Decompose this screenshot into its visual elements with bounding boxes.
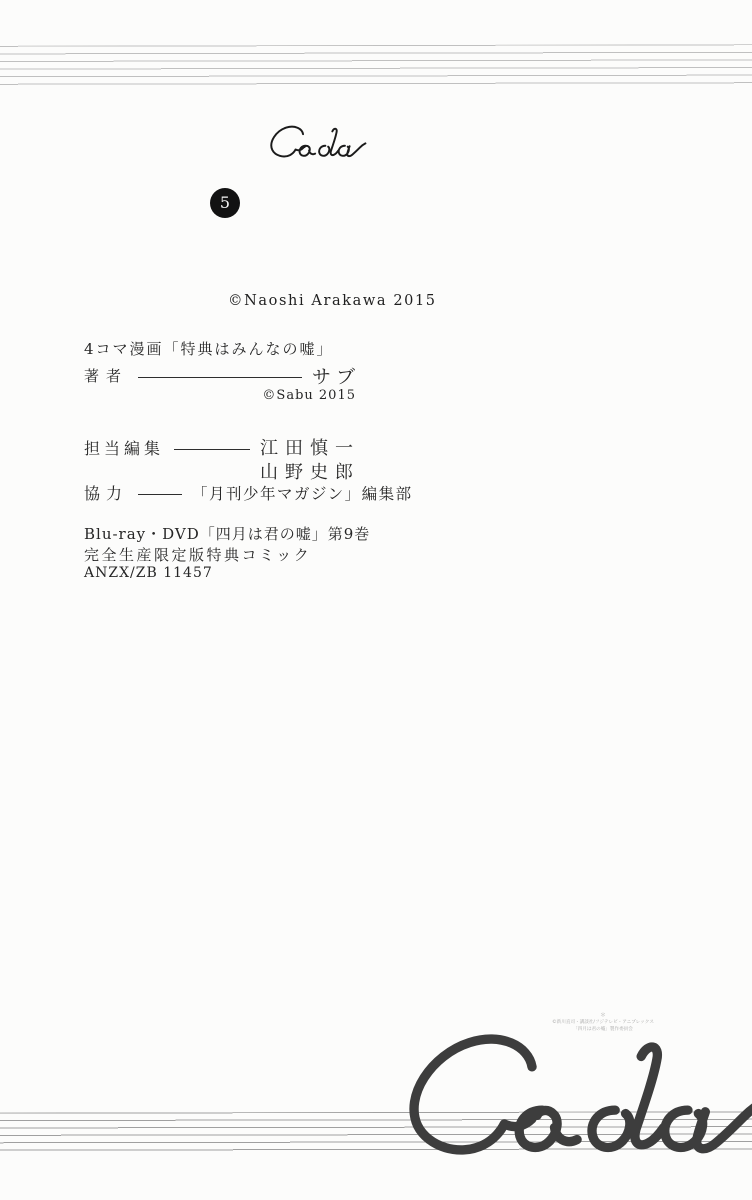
coda-script-icon (263, 121, 371, 164)
author-name: サブ (312, 362, 360, 389)
editor-name-1: 江田慎一 (260, 434, 360, 460)
cooperation-rule (138, 494, 182, 495)
fine-print-mark: ＊ (538, 1012, 668, 1019)
fine-print-line-2: 「四月は君の嘘」製作委員会 (538, 1026, 668, 1033)
editor-label: 担当編集 (84, 436, 164, 459)
author-rule (138, 377, 302, 378)
coda-footer-script (383, 1018, 752, 1178)
cooperation-name: 「月刊少年マガジン」編集部 (192, 482, 413, 504)
work-title-line: 4コマ漫画「特典はみんなの嘘」 (84, 338, 360, 359)
product-line-1: Blu-ray・DVD「四月は君の嘘」第9巻 (84, 523, 360, 544)
coda-script-icon-large (383, 1018, 752, 1178)
cooperation-row: 協力 「月刊少年マガジン」編集部 (84, 481, 360, 504)
artist-copyright: ©Naoshi Arakawa 2015 (228, 293, 437, 309)
catalog-code: ANZX/ZB 11457 (84, 565, 360, 581)
cooperation-label: 協力 (84, 481, 128, 504)
coda-title-script (263, 121, 371, 164)
volume-number: 5 (220, 195, 230, 211)
author-copyright: ©Sabu 2015 (84, 388, 360, 403)
fine-print: ＊ ©新川直司・講談社/フジテレビ・アニプレックス 「四月は君の嘘」製作委員会 (538, 1012, 668, 1033)
author-row: 著者 サブ (84, 362, 360, 389)
product-line-2: 完全生産限定版特典コミック (84, 544, 360, 565)
staff-lines-top (0, 44, 752, 86)
editor-rule (174, 449, 250, 450)
editor-row: 担当編集 江田慎一 (84, 434, 360, 460)
author-label: 著者 (84, 365, 128, 386)
fine-print-line-1: ©新川直司・講談社/フジテレビ・アニプレックス (538, 1019, 668, 1026)
volume-badge: 5 (210, 188, 240, 218)
